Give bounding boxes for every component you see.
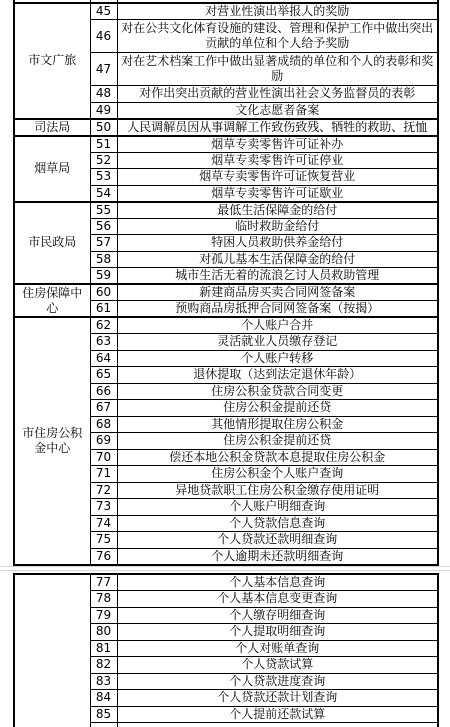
table-row: 司法局50人民调解员因从事调解工作致伤致残、牺牲的救助、抚恤	[14, 119, 438, 136]
row-number-cell: 63	[90, 334, 117, 351]
service-item-cell: 个人贷款进度查询	[117, 673, 438, 690]
row-number-cell: 67	[90, 400, 117, 417]
row-number-cell: 64	[90, 350, 117, 367]
service-item-cell: 个人缴存明细查询	[117, 607, 438, 624]
row-number-cell: 49	[90, 102, 117, 119]
row-number-cell: 84	[90, 690, 117, 707]
department-cell: 住房保障中心	[14, 284, 90, 317]
service-item-cell: 烟草专卖零售许可证补办	[117, 136, 438, 153]
row-number-cell: 65	[90, 367, 117, 384]
row-number-cell: 76	[90, 548, 117, 565]
service-item-cell: 个人贷款试算	[117, 657, 438, 674]
row-number-cell	[90, 723, 117, 727]
service-item-cell: 住房公积金个人账户查询	[117, 466, 438, 483]
service-item-cell: 对孤儿基本生活保障金的给付	[117, 251, 438, 268]
row-number-cell: 85	[90, 706, 117, 723]
row-number-cell: 45	[90, 3, 117, 20]
row-number-cell: 62	[90, 317, 117, 334]
service-item-cell: 个人贷款还款明细查询	[117, 532, 438, 549]
row-number-cell: 79	[90, 607, 117, 624]
row-number-cell: 59	[90, 268, 117, 285]
table-row: 77个人基本信息查询	[14, 574, 438, 591]
service-item-cell: 最低生活保障金的给付	[117, 202, 438, 219]
row-number-cell: 50	[90, 119, 117, 136]
row-number-cell: 73	[90, 499, 117, 516]
table-row: 市住房公积金中心62个人账户合并	[14, 317, 438, 334]
service-item-cell: 个人贷款还款计划查询	[117, 690, 438, 707]
row-number-cell: 47	[90, 53, 117, 86]
row-number-cell: 53	[90, 169, 117, 186]
department-cell: 市民政局	[14, 202, 90, 285]
department-cell: 司法局	[14, 119, 90, 136]
service-item-cell: 住房公积金提前还贷	[117, 433, 438, 450]
service-item-cell: 个人逾期未还款明细查询	[117, 548, 438, 565]
page-break-line	[0, 570, 450, 571]
row-number-cell: 83	[90, 673, 117, 690]
row-number-cell: 48	[90, 86, 117, 103]
department-cell: 市文广旅	[14, 3, 90, 119]
row-number-cell: 69	[90, 433, 117, 450]
service-item-cell: 特困人员救助供养金给付	[117, 235, 438, 252]
row-number-cell: 51	[90, 136, 117, 153]
table-row: 住房保障中心60新建商品房买卖合同网签备案	[14, 284, 438, 301]
service-item-cell: 灵活就业人员缴存登记	[117, 334, 438, 351]
services-table-upper: 市文广旅45对营业性演出举报人的奖励46对在公共文化体育设施的建设、管理和保护工…	[13, 0, 439, 566]
table-row: 市文广旅45对营业性演出举报人的奖励	[14, 3, 438, 20]
service-item-cell: 对作出突出贡献的营业性演出社会义务监督员的表彰	[117, 86, 438, 103]
row-number-cell: 52	[90, 152, 117, 169]
row-number-cell: 68	[90, 416, 117, 433]
service-item-cell: 烟草专卖零售许可证恢复营业	[117, 169, 438, 186]
row-number-cell: 54	[90, 185, 117, 202]
department-cell	[14, 574, 90, 727]
table-row: 市民政局55最低生活保障金的给付	[14, 202, 438, 219]
service-item-cell: 偿还本地公积金贷款本息提取住房公积金	[117, 449, 438, 466]
service-item-cell: 临时救助金给付	[117, 218, 438, 235]
service-item-cell: 个人账户明细查询	[117, 499, 438, 516]
row-number-cell: 60	[90, 284, 117, 301]
department-cell: 市住房公积金中心	[14, 317, 90, 565]
service-item-cell: 个人提取明细查询	[117, 624, 438, 641]
row-number-cell: 57	[90, 235, 117, 252]
service-item-cell: 个人贷款信息查询	[117, 515, 438, 532]
document-page: 市文广旅45对营业性演出举报人的奖励46对在公共文化体育设施的建设、管理和保护工…	[0, 0, 450, 727]
table-row: 烟草局51烟草专卖零售许可证补办	[14, 136, 438, 153]
page-break-line	[0, 566, 450, 567]
row-number-cell: 77	[90, 574, 117, 591]
service-item-cell: 对在艺术档案工作中做出显著成绩的单位和个人的表彰和奖励	[117, 53, 438, 86]
service-item-cell: 个人提前还款试算	[117, 706, 438, 723]
service-item-cell: 预购商品房抵押合同网签备案（按揭）	[117, 301, 438, 318]
service-item-cell: 烟草专卖零售许可证停业	[117, 152, 438, 169]
row-number-cell: 58	[90, 251, 117, 268]
service-item-cell: 对营业性演出举报人的奖励	[117, 3, 438, 20]
service-item-cell: 烟草专卖零售许可证歇业	[117, 185, 438, 202]
service-item-cell: 对在公共文化体育设施的建设、管理和保护工作中做出突出贡献的单位和个人给予奖励	[117, 20, 438, 53]
services-table-lower-wrap: 77个人基本信息查询78个人基本信息变更查询79个人缴存明细查询80个人提取明细…	[13, 573, 439, 727]
row-number-cell: 80	[90, 624, 117, 641]
service-item-cell: 其他情形提取住房公积金	[117, 416, 438, 433]
row-number-cell: 70	[90, 449, 117, 466]
row-number-cell: 56	[90, 218, 117, 235]
row-number-cell: 72	[90, 482, 117, 499]
row-number-cell: 71	[90, 466, 117, 483]
service-item-cell: 异地贷款职工住房公积金缴存使用证明	[117, 482, 438, 499]
row-number-cell: 55	[90, 202, 117, 219]
service-item-cell: 住房公积金提前还贷	[117, 400, 438, 417]
row-number-cell: 61	[90, 301, 117, 318]
row-number-cell: 75	[90, 532, 117, 549]
service-item-cell: 退休提取（达到法定退休年龄）	[117, 367, 438, 384]
service-item-cell: 个人基本信息查询	[117, 574, 438, 591]
row-number-cell: 78	[90, 591, 117, 608]
service-item-cell: 城市生活无着的流浪乞讨人员救助管理	[117, 268, 438, 285]
services-table-lower: 77个人基本信息查询78个人基本信息变更查询79个人缴存明细查询80个人提取明细…	[13, 573, 439, 727]
row-number-cell: 66	[90, 383, 117, 400]
service-item-cell	[117, 723, 438, 727]
service-item-cell: 人民调解员因从事调解工作致伤致残、牺牲的救助、抚恤	[117, 119, 438, 136]
service-item-cell: 个人账户合并	[117, 317, 438, 334]
service-item-cell: 文化志愿者备案	[117, 102, 438, 119]
service-item-cell: 新建商品房买卖合同网签备案	[117, 284, 438, 301]
service-item-cell: 个人基本信息变更查询	[117, 591, 438, 608]
service-item-cell: 个人账户转移	[117, 350, 438, 367]
services-table-upper-wrap: 市文广旅45对营业性演出举报人的奖励46对在公共文化体育设施的建设、管理和保护工…	[13, 0, 439, 566]
department-cell: 烟草局	[14, 136, 90, 202]
row-number-cell: 82	[90, 657, 117, 674]
row-number-cell: 81	[90, 640, 117, 657]
row-number-cell: 74	[90, 515, 117, 532]
service-item-cell: 住房公积金贷款合同变更	[117, 383, 438, 400]
row-number-cell: 46	[90, 20, 117, 53]
service-item-cell: 个人对账单查询	[117, 640, 438, 657]
